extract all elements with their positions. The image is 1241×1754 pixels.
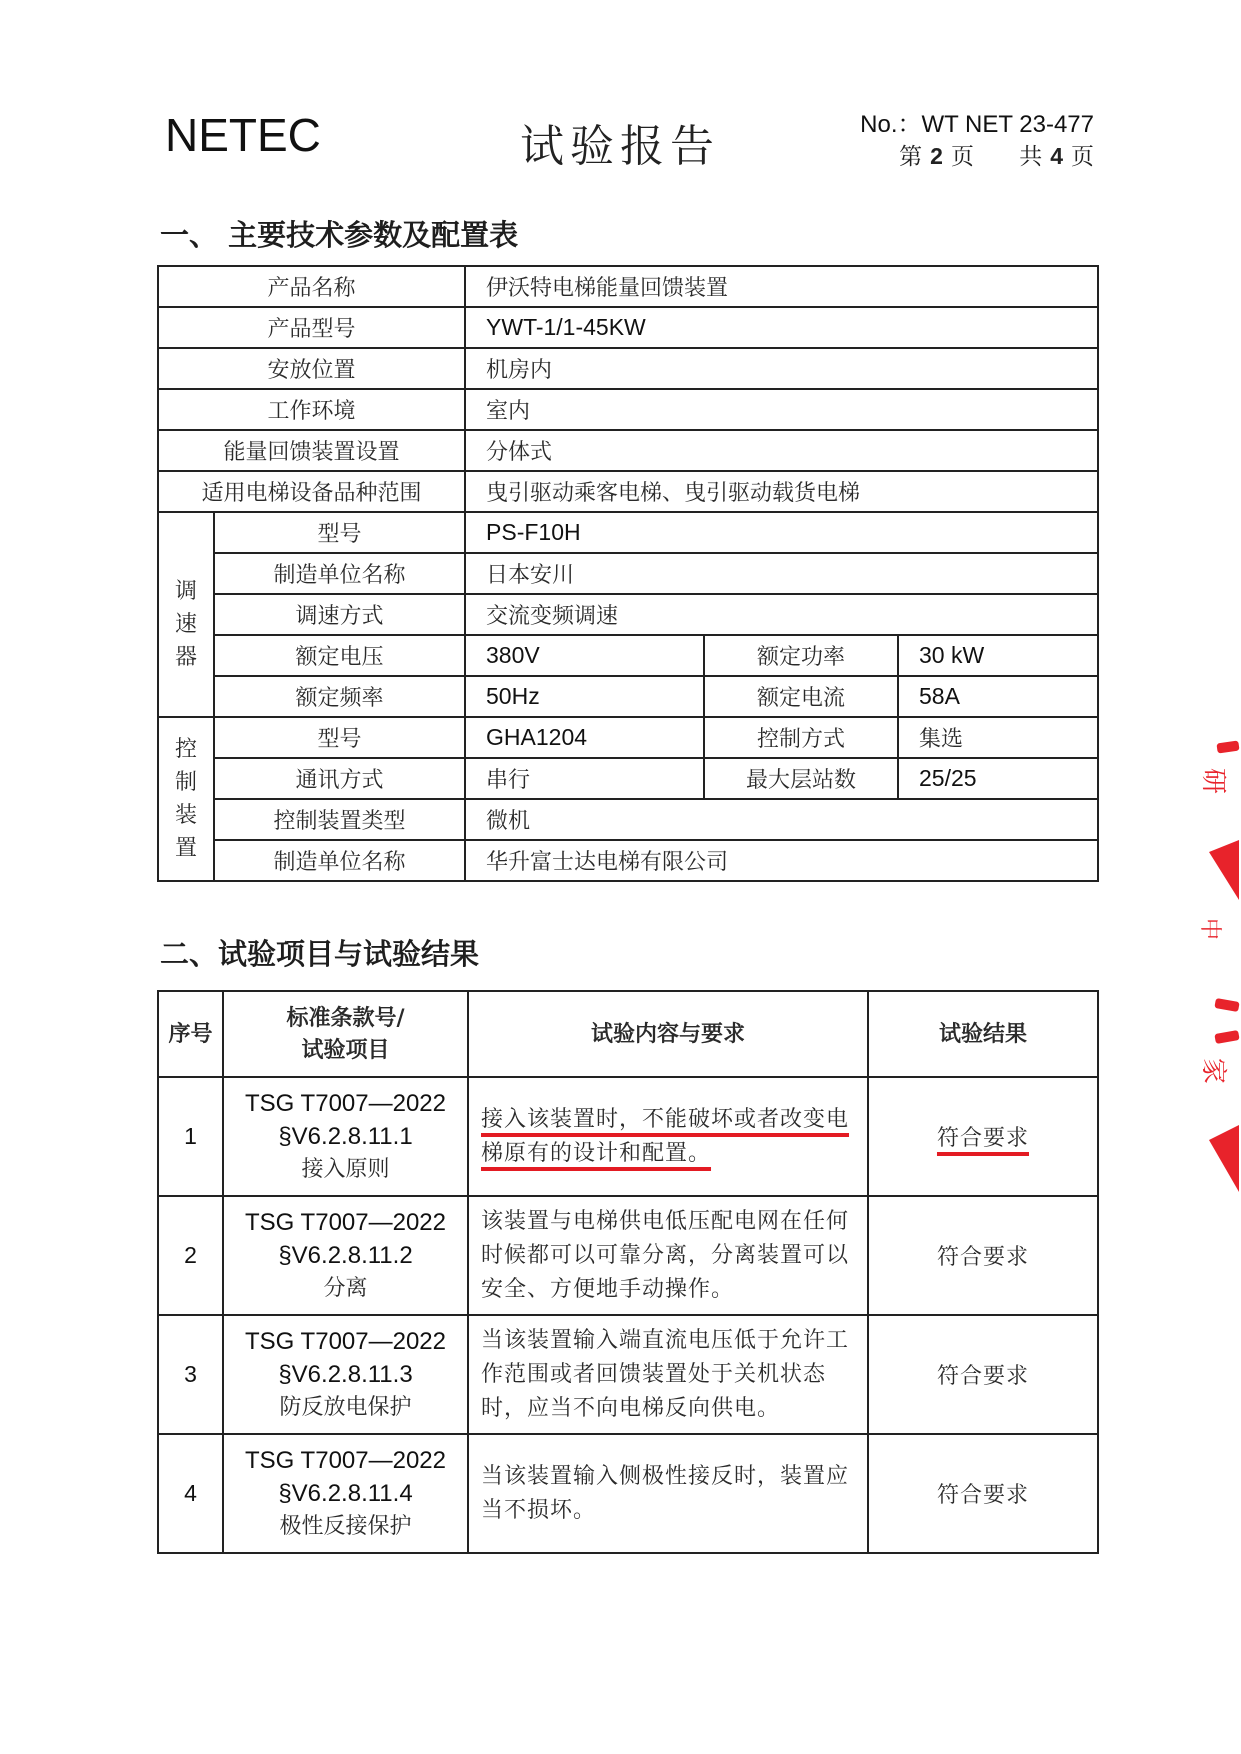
label-cell: 制造单位名称 xyxy=(214,553,465,594)
specs-table: 产品名称 伊沃特电梯能量回馈装置 产品型号 YWT-1/1-45KW 安放位置 … xyxy=(157,265,1099,882)
label-cell: 额定功率 xyxy=(704,635,898,676)
table-row: 调速器 型号 PS-F10H xyxy=(158,512,1098,553)
value-cell: 50Hz xyxy=(465,676,704,717)
clause-cell: TSG T7007—2022 §V6.2.8.11.1 接入原则 xyxy=(223,1077,468,1196)
page-suffix: 页 xyxy=(1071,144,1094,170)
table-header-row: 序号 标准条款号/ 试验项目 试验内容与要求 试验结果 xyxy=(158,991,1098,1077)
value-cell: 58A xyxy=(898,676,1098,717)
seq-cell: 2 xyxy=(158,1196,223,1315)
svg-text:家: 家 xyxy=(1198,1058,1228,1084)
seq-cell: 1 xyxy=(158,1077,223,1196)
value-cell: 集选 xyxy=(898,717,1098,758)
col-header-requirement: 试验内容与要求 xyxy=(468,991,868,1077)
page-total-prefix: 共 xyxy=(1019,144,1042,170)
page-indicator: 第2页 共4页 xyxy=(899,138,1094,171)
table-row: 制造单位名称 日本安川 xyxy=(158,553,1098,594)
value-cell: 曳引驱动乘客电梯、曳引驱动载货电梯 xyxy=(465,471,1098,512)
test-item: 防反放电保护 xyxy=(224,1391,467,1424)
value-cell: 分体式 xyxy=(465,430,1098,471)
test-item: 极性反接保护 xyxy=(224,1510,467,1543)
col-header-clause-line2: 试验项目 xyxy=(301,1037,389,1063)
result-cell: 符合要求 xyxy=(868,1077,1098,1196)
label-cell: 额定电流 xyxy=(704,676,898,717)
value-cell: 日本安川 xyxy=(465,553,1098,594)
test-results-table: 序号 标准条款号/ 试验项目 试验内容与要求 试验结果 1 TSG T7007—… xyxy=(157,990,1099,1554)
requirement-cell: 该装置与电梯供电低压配电网在任何时候都可以可靠分离，分离装置可以安全、方便地手动… xyxy=(468,1196,868,1315)
label-cell: 额定电压 xyxy=(214,635,465,676)
label-cell: 型号 xyxy=(214,512,465,553)
table-row: 2 TSG T7007—2022 §V6.2.8.11.2 分离 该装置与电梯供… xyxy=(158,1196,1098,1315)
result-text-underlined: 符合要求 xyxy=(937,1126,1029,1151)
standard-code: TSG T7007—2022 xyxy=(224,1087,467,1120)
value-cell: 25/25 xyxy=(898,758,1098,799)
result-cell: 符合要求 xyxy=(868,1434,1098,1553)
value-cell: 室内 xyxy=(465,389,1098,430)
requirement-cell: 当该装置输入端直流电压低于允许工作范围或者回馈装置处于关机状态时，应当不向电梯反… xyxy=(468,1315,868,1434)
clause-cell: TSG T7007—2022 §V6.2.8.11.4 极性反接保护 xyxy=(223,1434,468,1553)
test-item: 接入原则 xyxy=(224,1153,467,1186)
table-row: 额定电压 380V 额定功率 30 kW xyxy=(158,635,1098,676)
table-row: 控制装置类型 微机 xyxy=(158,799,1098,840)
label-cell: 工作环境 xyxy=(158,389,465,430)
requirement-cell: 当该装置输入侧极性接反时，装置应当不损坏。 xyxy=(468,1434,868,1553)
value-cell: 30 kW xyxy=(898,635,1098,676)
value-cell: 华升富士达电梯有限公司 xyxy=(465,840,1098,881)
clause-cell: TSG T7007—2022 §V6.2.8.11.3 防反放电保护 xyxy=(223,1315,468,1434)
label-cell: 产品型号 xyxy=(158,307,465,348)
table-row: 4 TSG T7007—2022 §V6.2.8.11.4 极性反接保护 当该装… xyxy=(158,1434,1098,1553)
label-cell: 调速方式 xyxy=(214,594,465,635)
requirement-cell: 接入该装置时，不能破坏或者改变电梯原有的设计和配置。 xyxy=(468,1077,868,1196)
col-header-result: 试验结果 xyxy=(868,991,1098,1077)
table-row: 制造单位名称 华升富士达电梯有限公司 xyxy=(158,840,1098,881)
seq-cell: 4 xyxy=(158,1434,223,1553)
page-current: 2 xyxy=(930,143,943,169)
svg-text:中: 中 xyxy=(1197,918,1222,940)
section-heading-tests: 二、试验项目与试验结果 xyxy=(160,932,479,973)
col-header-seq: 序号 xyxy=(158,991,223,1077)
value-cell: 380V xyxy=(465,635,704,676)
table-row: 能量回馈装置设置 分体式 xyxy=(158,430,1098,471)
standard-code: TSG T7007—2022 xyxy=(224,1206,467,1239)
result-cell: 符合要求 xyxy=(868,1315,1098,1434)
value-cell: 机房内 xyxy=(465,348,1098,389)
table-row: 工作环境 室内 xyxy=(158,389,1098,430)
clause-number: §V6.2.8.11.4 xyxy=(224,1477,467,1510)
value-cell: 交流变频调速 xyxy=(465,594,1098,635)
svg-text:研: 研 xyxy=(1198,768,1228,794)
table-row: 产品名称 伊沃特电梯能量回馈装置 xyxy=(158,266,1098,307)
test-item: 分离 xyxy=(224,1272,467,1305)
table-row: 3 TSG T7007—2022 §V6.2.8.11.3 防反放电保护 当该装… xyxy=(158,1315,1098,1434)
label-cell: 额定频率 xyxy=(214,676,465,717)
table-row: 通讯方式 串行 最大层站数 25/25 xyxy=(158,758,1098,799)
value-cell: PS-F10H xyxy=(465,512,1098,553)
clause-number: §V6.2.8.11.2 xyxy=(224,1239,467,1272)
table-row: 安放位置 机房内 xyxy=(158,348,1098,389)
table-row: 调速方式 交流变频调速 xyxy=(158,594,1098,635)
table-row: 适用电梯设备品种范围 曳引驱动乘客电梯、曳引驱动载货电梯 xyxy=(158,471,1098,512)
brand-logo: NETEC xyxy=(165,108,321,162)
clause-number: §V6.2.8.11.3 xyxy=(224,1358,467,1391)
label-cell: 通讯方式 xyxy=(214,758,465,799)
page-total: 4 xyxy=(1050,143,1063,169)
table-row: 产品型号 YWT-1/1-45KW xyxy=(158,307,1098,348)
standard-code: TSG T7007—2022 xyxy=(224,1325,467,1358)
col-header-clause-line1: 标准条款号/ xyxy=(286,1005,404,1031)
label-cell: 产品名称 xyxy=(158,266,465,307)
label-cell: 适用电梯设备品种范围 xyxy=(158,471,465,512)
label-cell: 控制装置类型 xyxy=(214,799,465,840)
result-cell: 符合要求 xyxy=(868,1196,1098,1315)
seq-cell: 3 xyxy=(158,1315,223,1434)
value-cell: 微机 xyxy=(465,799,1098,840)
group-label-control-device: 控制装置 xyxy=(158,717,214,881)
value-cell: 伊沃特电梯能量回馈装置 xyxy=(465,266,1098,307)
table-row: 1 TSG T7007—2022 §V6.2.8.11.1 接入原则 接入该装置… xyxy=(158,1077,1098,1196)
value-cell: GHA1204 xyxy=(465,717,704,758)
section-heading-specs: 一、 主要技术参数及配置表 xyxy=(160,213,518,254)
label-cell: 能量回馈装置设置 xyxy=(158,430,465,471)
report-number: No.：WT NET 23-477 xyxy=(860,104,1094,139)
document-title: 试验报告 xyxy=(520,110,720,174)
label-cell: 控制方式 xyxy=(704,717,898,758)
label-cell: 安放位置 xyxy=(158,348,465,389)
col-header-clause: 标准条款号/ 试验项目 xyxy=(223,991,468,1077)
standard-code: TSG T7007—2022 xyxy=(224,1444,467,1477)
value-cell: 串行 xyxy=(465,758,704,799)
official-seal-stamp: 研 中 家 xyxy=(1195,740,1241,1220)
value-cell: YWT-1/1-45KW xyxy=(465,307,1098,348)
clause-cell: TSG T7007—2022 §V6.2.8.11.2 分离 xyxy=(223,1196,468,1315)
table-row: 控制装置 型号 GHA1204 控制方式 集选 xyxy=(158,717,1098,758)
label-cell: 型号 xyxy=(214,717,465,758)
table-row: 额定频率 50Hz 额定电流 58A xyxy=(158,676,1098,717)
page-prefix: 第 xyxy=(899,144,922,170)
label-cell: 制造单位名称 xyxy=(214,840,465,881)
requirement-text-underlined: 接入该装置时，不能破坏或者改变电梯原有的设计和配置。 xyxy=(481,1107,849,1166)
label-cell: 最大层站数 xyxy=(704,758,898,799)
group-label-speed-controller: 调速器 xyxy=(158,512,214,717)
page-mid: 页 xyxy=(951,144,974,170)
clause-number: §V6.2.8.11.1 xyxy=(224,1120,467,1153)
